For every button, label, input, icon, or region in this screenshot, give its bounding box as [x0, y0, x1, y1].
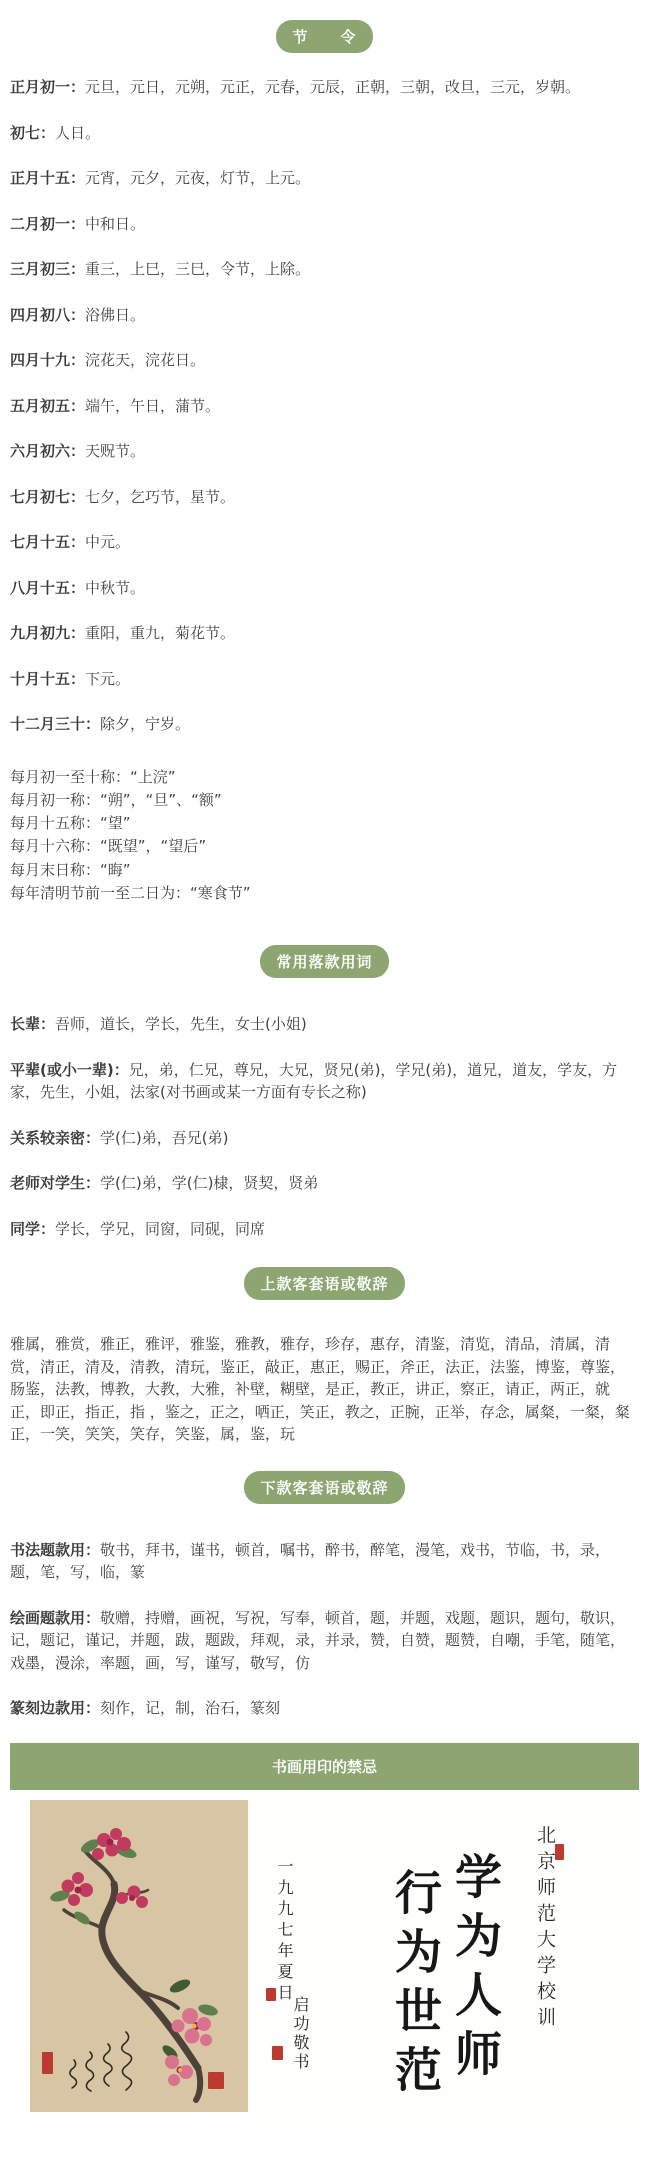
definition-line: 三月初三：重三，上巳，三巳，令节，上除。	[10, 258, 639, 281]
definition-line: 四月十九：浣花天，浣花日。	[10, 349, 639, 372]
month-day-note-line: 每年清明节前一至二日为：“寒食节”	[10, 882, 639, 905]
definition-desc: 天贶节。	[85, 442, 145, 460]
definition-term: 初七：	[10, 124, 55, 142]
definition-desc: 学(仁)弟，吾兄(弟)	[100, 1129, 228, 1147]
definition-line: 六月初六：天贶节。	[10, 440, 639, 463]
definition-term: 四月初八：	[10, 306, 85, 324]
definition-term: 平辈(或小一辈)：	[10, 1061, 129, 1079]
calligraphy-school-motto-label: 北京师范大学校训	[535, 1825, 554, 2033]
definition-desc: 除夕，宁岁。	[100, 715, 190, 733]
shangkuan-paragraph: 雅属，雅赏，雅正，雅评，雅鉴，雅教，雅存，珍存，惠存，清鉴，清览，清品，清属，清…	[10, 1333, 639, 1446]
definition-line: 四月初八：浴佛日。	[10, 304, 639, 327]
definition-term: 正月初一：	[10, 78, 85, 96]
section-badge-jieling: 节 令	[276, 20, 372, 53]
month-day-note-line: 每月初一称：“朔”，“旦”、“额”	[10, 789, 639, 812]
month-day-note-line: 每月初一至十称：“上浣”	[10, 766, 639, 789]
definition-line: 篆刻边款用：刻作，记，制，治石，篆刻	[10, 1697, 639, 1720]
definition-term: 六月初六：	[10, 442, 85, 460]
definition-desc: 敬赠，持赠，画祝，写祝，写奉，顿首，题，并题，戏题，题识，题句，敬识，记，题记，…	[10, 1609, 625, 1672]
section-badge-shangkuan: 上款客套语或敬辞	[244, 1267, 404, 1300]
definition-term: 二月初一：	[10, 215, 85, 233]
definition-line: 七月初七：七夕，乞巧节，星节。	[10, 486, 639, 509]
calligraphy-signature: 启功敬书	[292, 1996, 308, 2072]
calligraphy-motto-line-1: 学为人师	[451, 1852, 498, 2088]
calligraphy-date-line: 一九九七年夏日	[276, 1858, 292, 2005]
definition-term: 三月初三：	[10, 260, 85, 278]
definition-desc: 元旦，元日，元朔，元正，元春，元辰，正朝，三朝，改旦，三元，岁朝。	[85, 78, 580, 96]
definition-term: 九月初九：	[10, 624, 85, 642]
definition-desc: 下元。	[85, 670, 130, 688]
definition-line: 十二月三十：除夕，宁岁。	[10, 713, 639, 736]
definition-term: 八月十五：	[10, 579, 85, 597]
artwork-row: 北京师范大学校训 学为人师 行为世范 一九九七年夏日 启功敬书	[10, 1800, 639, 2122]
definition-term: 七月十五：	[10, 533, 85, 551]
definition-line: 同学：学长，学兄，同窗，同砚，同席	[10, 1218, 639, 1241]
definition-term: 篆刻边款用：	[10, 1699, 100, 1717]
definition-term: 长辈：	[10, 1015, 55, 1033]
definition-desc: 七夕，乞巧节，星节。	[85, 488, 235, 506]
section-badge-xiakuan: 下款客套语或敬辞	[244, 1471, 404, 1504]
definition-line: 老师对学生：学(仁)弟，学(仁)棣，贤契，贤弟	[10, 1172, 639, 1195]
definition-desc: 敬书，拜书，谨书，顿首，嘱书，醉书，醉笔，漫笔，戏书，节临，书，录，题，笔，写，…	[10, 1541, 610, 1582]
definition-term: 书法题款用：	[10, 1541, 100, 1559]
section-badge-luokuan: 常用落款用词	[260, 945, 388, 978]
calligraphy-seal-left-lower	[272, 2046, 283, 2060]
definition-term: 绘画题款用：	[10, 1609, 100, 1627]
definition-desc: 学(仁)弟，学(仁)棣，贤契，贤弟	[100, 1174, 318, 1192]
definition-term: 七月初七：	[10, 488, 85, 506]
definition-line: 正月初一：元旦，元日，元朔，元正，元春，元辰，正朝，三朝，改旦，三元，岁朝。	[10, 76, 639, 99]
section-banner-jinji: 书画用印的禁忌	[10, 1743, 639, 1790]
definition-term: 四月十九：	[10, 351, 85, 369]
definition-line: 关系较亲密：学(仁)弟，吾兄(弟)	[10, 1127, 639, 1150]
luokuan-list: 长辈：吾师，道长，学长，先生，女士(小姐) 平辈(或小一辈)：兄，弟，仁兄，尊兄…	[10, 1013, 639, 1240]
definition-line: 长辈：吾师，道长，学长，先生，女士(小姐)	[10, 1013, 639, 1036]
definition-line: 九月初九：重阳，重九，菊花节。	[10, 622, 639, 645]
definition-term: 十月十五：	[10, 670, 85, 688]
definition-line: 平辈(或小一辈)：兄，弟，仁兄，尊兄，大兄，贤兄(弟)，学兄(弟)，道兄，道友，…	[10, 1059, 639, 1104]
definition-line: 绘画题款用：敬赠，持赠，画祝，写祝，写奉，顿首，题，并题，戏题，题识，题句，敬识…	[10, 1607, 639, 1675]
article-page: 节 令 正月初一：元旦，元日，元朔，元正，元春，元辰，正朝，三朝，改旦，三元，岁…	[0, 20, 649, 2157]
definition-term: 老师对学生：	[10, 1174, 100, 1192]
definition-desc: 中和日。	[85, 215, 145, 233]
definition-desc: 浣花天，浣花日。	[85, 351, 205, 369]
definition-line: 初七：人日。	[10, 122, 639, 145]
definition-line: 十月十五：下元。	[10, 668, 639, 691]
definition-desc: 重阳，重九，菊花节。	[85, 624, 235, 642]
calligraphy-seal-top	[555, 1844, 564, 1860]
definition-line: 八月十五：中秋节。	[10, 577, 639, 600]
calligraphy-motto-line-2: 行为世范	[391, 1868, 438, 2104]
definition-line: 七月十五：中元。	[10, 531, 639, 554]
month-day-note-line: 每月末日称：“晦”	[10, 859, 639, 882]
definition-desc: 重三，上巳，三巳，令节，上除。	[85, 260, 310, 278]
calligraphy-artwork: 北京师范大学校训 学为人师 行为世范 一九九七年夏日 启功敬书	[248, 1800, 639, 2122]
definition-term: 同学：	[10, 1220, 55, 1238]
definition-line: 正月十五：元宵，元夕，元夜，灯节，上元。	[10, 167, 639, 190]
definition-desc: 刻作，记，制，治石，篆刻	[100, 1699, 280, 1717]
definition-desc: 中秋节。	[85, 579, 145, 597]
definition-desc: 吾师，道长，学长，先生，女士(小姐)	[55, 1015, 307, 1033]
definition-desc: 元宵，元夕，元夜，灯节，上元。	[85, 169, 310, 187]
month-day-note-line: 每月十六称：“既望”，“望后”	[10, 835, 639, 858]
calligraphy-seal-left-upper	[266, 1988, 276, 2001]
definition-desc: 中元。	[85, 533, 130, 551]
festival-list: 正月初一：元旦，元日，元朔，元正，元春，元辰，正朝，三朝，改旦，三元，岁朝。 初…	[10, 76, 639, 736]
month-day-note-line: 每月十五称：“望”	[10, 812, 639, 835]
definition-line: 书法题款用：敬书，拜书，谨书，顿首，嘱书，醉书，醉笔，漫笔，戏书，节临，书，录，…	[10, 1539, 639, 1584]
definition-desc: 人日。	[55, 124, 100, 142]
definition-line: 五月初五：端午，午日，蒲节。	[10, 395, 639, 418]
plum-blossom-painting-image	[30, 1800, 248, 2112]
month-day-notes: 每月初一至十称：“上浣”每月初一称：“朔”，“旦”、“额”每月十五称：“望”每月…	[10, 766, 639, 906]
definition-desc: 学长，学兄，同窗，同砚，同席	[55, 1220, 265, 1238]
definition-line: 二月初一：中和日。	[10, 213, 639, 236]
definition-desc: 端午，午日，蒲节。	[85, 397, 220, 415]
xiakuan-list: 书法题款用：敬书，拜书，谨书，顿首，嘱书，醉书，醉笔，漫笔，戏书，节临，书，录，…	[10, 1539, 639, 1720]
definition-term: 十二月三十：	[10, 715, 100, 733]
definition-term: 关系较亲密：	[10, 1129, 100, 1147]
definition-term: 五月初五：	[10, 397, 85, 415]
definition-desc: 浴佛日。	[85, 306, 145, 324]
definition-term: 正月十五：	[10, 169, 85, 187]
